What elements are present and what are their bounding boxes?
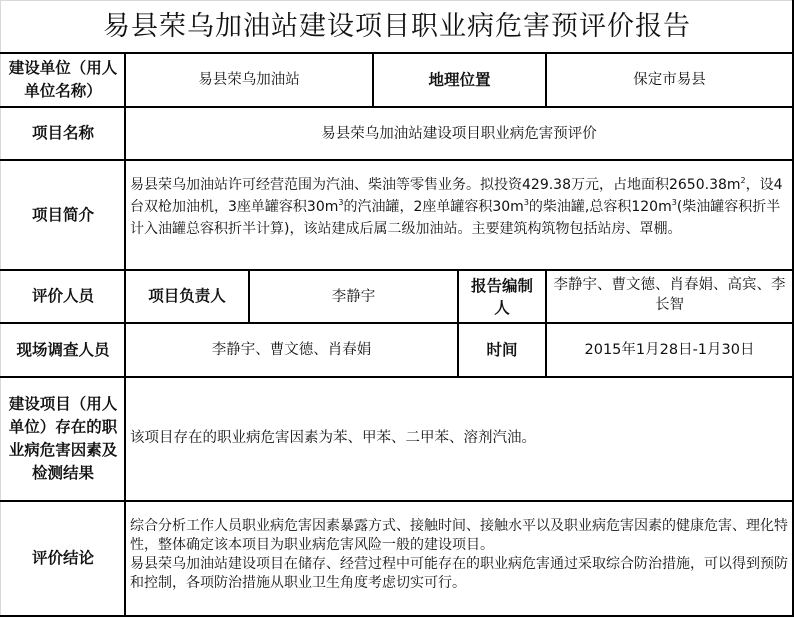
lead-value: 李静宇 bbox=[250, 271, 457, 322]
grid-line bbox=[0, 269, 794, 271]
survey-label: 现场调查人员 bbox=[2, 324, 124, 376]
conclusion-paragraph-2: 易县荣乌加油站建设项目在储存、经营过程中可能存在的职业病危害通过采取综合防治措施… bbox=[130, 555, 788, 593]
grid-line bbox=[0, 500, 794, 502]
grid-line bbox=[124, 52, 126, 617]
summary-label: 项目简介 bbox=[2, 161, 124, 269]
grid-line bbox=[0, 52, 794, 54]
summary-value: 易县荣乌加油站许可经营范围为汽油、柴油等零售业务。拟投资429.38万元，占地面… bbox=[126, 161, 792, 269]
grid-line bbox=[545, 269, 547, 378]
authors-value: 李静宇、曹文德、肖春娟、高宾、李长智 bbox=[547, 271, 792, 322]
hazards-value: 该项目存在的职业病危害因素为苯、甲苯、二甲苯、溶剂汽油。 bbox=[126, 378, 792, 500]
survey-value: 李静宇、曹文德、肖春娟 bbox=[126, 324, 457, 376]
grid-line bbox=[372, 52, 374, 108]
authors-label: 报告编制人 bbox=[459, 271, 545, 322]
grid-line bbox=[0, 615, 794, 617]
location-value: 保定市易县 bbox=[547, 54, 792, 106]
grid-line bbox=[0, 322, 794, 324]
grid-line bbox=[0, 106, 794, 108]
evaluators-label: 评价人员 bbox=[2, 271, 124, 322]
time-label: 时间 bbox=[459, 324, 545, 376]
conclusion-label: 评价结论 bbox=[2, 502, 124, 615]
report-title: 易县荣乌加油站建设项目职业病危害预评价报告 bbox=[2, 2, 792, 52]
summary-text: 易县荣乌加油站许可经营范围为汽油、柴油等零售业务。拟投资429.38万元，占地面… bbox=[130, 174, 788, 240]
grid-line bbox=[0, 159, 794, 161]
unit-label: 建设单位（用人单位名称） bbox=[2, 54, 124, 106]
grid-line bbox=[545, 52, 547, 108]
project-name-label: 项目名称 bbox=[2, 108, 124, 159]
project-name-value: 易县荣乌加油站建设项目职业病危害预评价 bbox=[126, 108, 792, 159]
grid-line bbox=[0, 376, 794, 378]
grid-line bbox=[248, 269, 250, 324]
conclusion-value: 综合分析工作人员职业病危害因素暴露方式、接触时间、接触水平以及职业病危害因素的健… bbox=[126, 502, 792, 615]
conclusion-text: 综合分析工作人员职业病危害因素暴露方式、接触时间、接触水平以及职业病危害因素的健… bbox=[130, 517, 788, 593]
grid-line bbox=[457, 269, 459, 378]
unit-value: 易县荣乌加油站 bbox=[126, 54, 372, 106]
location-label: 地理位置 bbox=[374, 54, 545, 106]
hazards-label: 建设项目（用人单位）存在的职业病危害因素及检测结果 bbox=[2, 378, 124, 500]
time-value: 2015年1月28日-1月30日 bbox=[547, 324, 792, 376]
lead-label: 项目负责人 bbox=[126, 271, 248, 322]
conclusion-paragraph-1: 综合分析工作人员职业病危害因素暴露方式、接触时间、接触水平以及职业病危害因素的健… bbox=[130, 517, 788, 555]
